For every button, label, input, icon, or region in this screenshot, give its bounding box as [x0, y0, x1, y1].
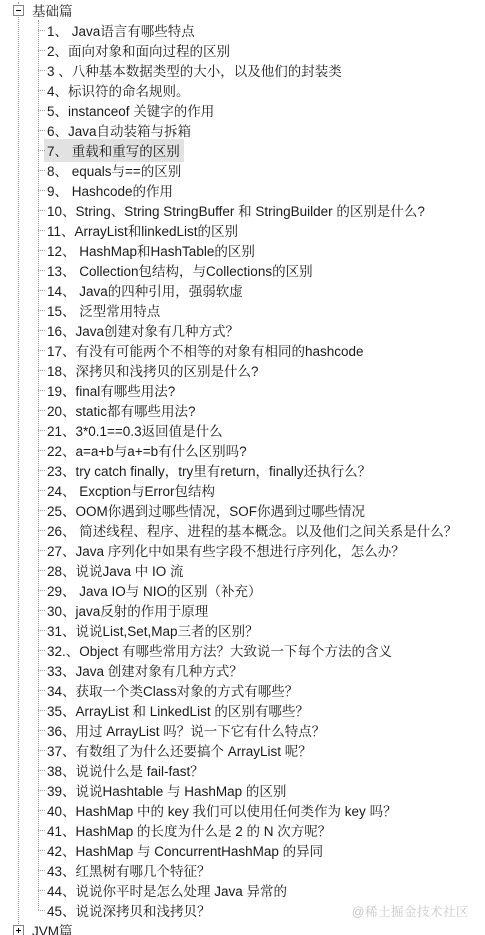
tree-item[interactable]: 7、 重载和重写的区别: [0, 140, 485, 160]
tree-item[interactable]: 24、 Excption与Error包结构: [0, 480, 485, 500]
tree-item[interactable]: 42、HashMap 与 ConcurrentHashMap 的异同: [0, 840, 485, 860]
tree-item[interactable]: 36、用过 ArrayList 吗？说一下它有什么特点？: [0, 720, 485, 740]
tree-item[interactable]: 18、深拷贝和浅拷贝的区别是什么?: [0, 360, 485, 380]
tree-item[interactable]: 2、面向对象和面向过程的区别: [0, 40, 485, 60]
tree-item[interactable]: 5、instanceof 关键字的作用: [0, 100, 485, 120]
tree-item[interactable]: 12、 HashMap和HashTable的区别: [0, 240, 485, 260]
tree-item[interactable]: 40、HashMap 中的 key 我们可以使用任何类作为 key 吗？: [0, 800, 485, 820]
tree-item[interactable]: 1、 Java语言有哪些特点: [0, 20, 485, 40]
plus-box-icon[interactable]: [13, 925, 24, 935]
tree-item[interactable]: 15、 泛型常用特点: [0, 300, 485, 320]
tree-item[interactable]: 35、ArrayList 和 LinkedList 的区别有哪些？: [0, 700, 485, 720]
tree-item[interactable]: 22、a=a+b与a+=b有什么区别吗?: [0, 440, 485, 460]
tree-section-jvm[interactable]: JVM篇: [0, 920, 485, 935]
tree-item[interactable]: 33、Java 创建对象有几种方式？: [0, 660, 485, 680]
tree-item[interactable]: 8、 equals与==的区别: [0, 160, 485, 180]
tree-item[interactable]: 26、 简述线程、程序、进程的基本概念。以及他们之间关系是什么？: [0, 520, 485, 540]
tree-item[interactable]: 11、ArrayList和linkedList的区别: [0, 220, 485, 240]
tree-item[interactable]: 16、Java创建对象有几种方式？: [0, 320, 485, 340]
tree-item[interactable]: 30、java反射的作用于原理: [0, 600, 485, 620]
tree-item[interactable]: 20、static都有哪些用法?: [0, 400, 485, 420]
tree-item[interactable]: 34、获取一个类Class对象的方式有哪些？: [0, 680, 485, 700]
tree-item[interactable]: 25、OOM你遇到过哪些情况，SOF你遇到过哪些情况: [0, 500, 485, 520]
tree-item[interactable]: 37、有数组了为什么还要搞个 ArrayList 呢？: [0, 740, 485, 760]
tree-item[interactable]: 21、3*0.1==0.3返回值是什么: [0, 420, 485, 440]
tree-item[interactable]: 13、 Collection包结构，与Collections的区别: [0, 260, 485, 280]
tree-item[interactable]: 6、Java自动装箱与拆箱: [0, 120, 485, 140]
tree-item[interactable]: 19、final有哪些用法?: [0, 380, 485, 400]
tree-item[interactable]: 27、Java 序列化中如果有些字段不想进行序列化，怎么办？: [0, 540, 485, 560]
section-label-jvm[interactable]: JVM篇: [29, 919, 76, 935]
section-label-basics[interactable]: 基础篇: [29, 0, 76, 21]
watermark: @稀土掘金技术社区: [352, 902, 469, 920]
tree-item[interactable]: 10、String、String StringBuffer 和 StringBu…: [0, 200, 485, 220]
tree-item[interactable]: 4、标识符的命名规则。: [0, 80, 485, 100]
tree-item[interactable]: 17、有没有可能两个不相等的对象有相同的hashcode: [0, 340, 485, 360]
minus-box-icon[interactable]: [13, 5, 24, 16]
tree-item[interactable]: 38、说说什么是 fail-fast？: [0, 760, 485, 780]
tree-items-list: 1、 Java语言有哪些特点2、面向对象和面向过程的区别3 、八种基本数据类型的…: [0, 20, 485, 920]
tree-item[interactable]: 32.、Object 有哪些常用方法？大致说一下每个方法的含义: [0, 640, 485, 660]
tree-item[interactable]: 23、try catch finally，try里有return，finally…: [0, 460, 485, 480]
tree-item[interactable]: 9、 Hashcode的作用: [0, 180, 485, 200]
tree-item[interactable]: 39、说说Hashtable 与 HashMap 的区别: [0, 780, 485, 800]
tree-panel: 基础篇 1、 Java语言有哪些特点2、面向对象和面向过程的区别3 、八种基本数…: [0, 0, 485, 935]
tree-item[interactable]: 14、 Java的四种引用，强弱软虚: [0, 280, 485, 300]
tree-section-basics[interactable]: 基础篇: [0, 0, 485, 20]
tree-item[interactable]: 44、说说你平时是怎么处理 Java 异常的: [0, 880, 485, 900]
tree-item[interactable]: 29、 Java IO与 NIO的区别（补充）: [0, 580, 485, 600]
tree-item[interactable]: 43、红黑树有哪几个特征？: [0, 860, 485, 880]
tree-item[interactable]: 3 、八种基本数据类型的大小，以及他们的封装类: [0, 60, 485, 80]
tree-item[interactable]: 28、说说Java 中 IO 流: [0, 560, 485, 580]
tree-item[interactable]: 31、说说List,Set,Map三者的区别？: [0, 620, 485, 640]
tree-item[interactable]: 41、HashMap 的长度为什么是 2 的 N 次方呢？: [0, 820, 485, 840]
